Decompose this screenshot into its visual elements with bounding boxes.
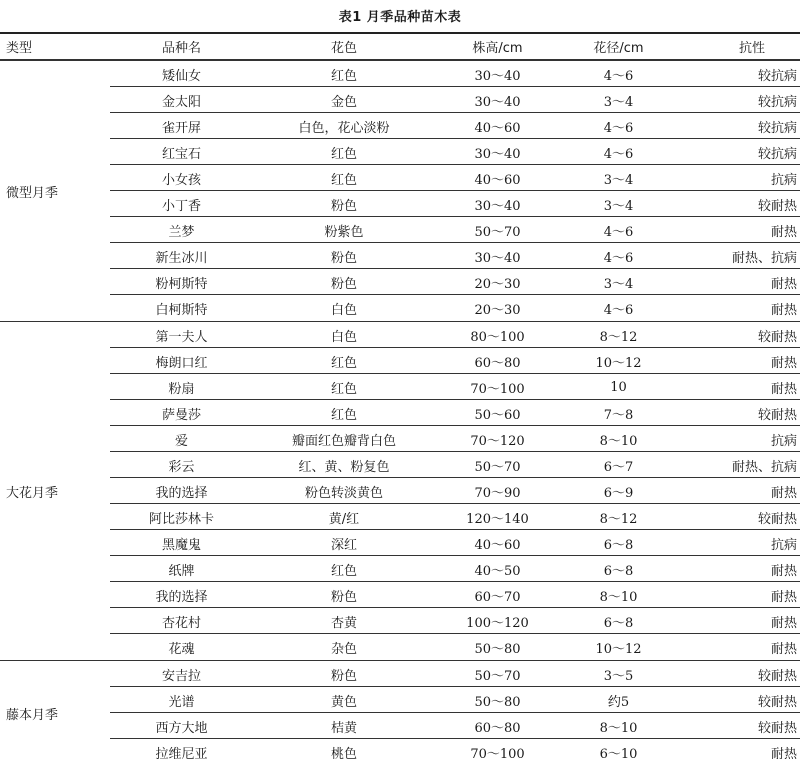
name-cell: 矮仙女 xyxy=(110,65,253,84)
diameter-cell: 4～6 xyxy=(560,117,677,136)
diameter-cell: 8～10 xyxy=(560,586,677,605)
diameter-cell: 8～10 xyxy=(560,717,677,736)
resistance-cell: 较抗病 xyxy=(677,117,800,136)
resistance-cell: 较耐热 xyxy=(677,665,800,684)
table-row: 第一夫人白色80～1008～12较耐热 xyxy=(0,322,800,348)
resistance-cell: 较抗病 xyxy=(677,91,800,110)
resistance-cell: 较耐热 xyxy=(677,195,800,214)
height-cell: 40～60 xyxy=(435,169,560,188)
resistance-cell: 耐热 xyxy=(677,586,800,605)
table-row: 小女孩红色40～603～4抗病 xyxy=(0,165,800,191)
height-cell: 60～70 xyxy=(435,586,560,605)
resistance-cell: 耐热 xyxy=(677,612,800,631)
height-cell: 100～120 xyxy=(435,612,560,631)
name-cell: 我的选择 xyxy=(110,586,253,605)
table-row: 杏花村杏黄100～1206～8耐热 xyxy=(0,608,800,634)
resistance-cell: 耐热 xyxy=(677,299,800,318)
table-row: 雀开屏白色，花心淡粉40～604～6较抗病 xyxy=(0,113,800,139)
name-cell: 第一夫人 xyxy=(110,326,253,345)
color-cell: 深红 xyxy=(253,534,435,553)
table-row: 爱瓣面红色瓣背白色70～1208～10抗病 xyxy=(0,426,800,452)
diameter-cell: 3～4 xyxy=(560,195,677,214)
resistance-cell: 较耐热 xyxy=(677,691,800,710)
name-cell: 安吉拉 xyxy=(110,665,253,684)
diameter-cell: 6～9 xyxy=(560,482,677,501)
diameter-cell: 3～4 xyxy=(560,169,677,188)
name-cell: 拉维尼亚 xyxy=(110,743,253,759)
color-cell: 桃色 xyxy=(253,743,435,759)
table-group: 微型月季矮仙女红色30～404～6较抗病金太阳金色30～403～4较抗病雀开屏白… xyxy=(0,61,800,322)
diameter-cell: 10～12 xyxy=(560,638,677,657)
diameter-cell: 8～12 xyxy=(560,508,677,527)
name-cell: 纸牌 xyxy=(110,560,253,579)
resistance-cell: 耐热 xyxy=(677,221,800,240)
name-cell: 粉扇 xyxy=(110,378,253,397)
diameter-cell: 8～10 xyxy=(560,430,677,449)
table-row: 红宝石红色30～404～6较抗病 xyxy=(0,139,800,165)
resistance-cell: 较耐热 xyxy=(677,508,800,527)
table-row: 粉扇红色70～10010耐热 xyxy=(0,374,800,400)
color-cell: 粉紫色 xyxy=(253,221,435,240)
resistance-cell: 较耐热 xyxy=(677,717,800,736)
header-name: 品种名 xyxy=(110,37,253,56)
color-cell: 白色 xyxy=(253,299,435,318)
color-cell: 红色 xyxy=(253,378,435,397)
table-caption: 表1 月季品种苗木表 xyxy=(0,6,800,25)
diameter-cell: 3～4 xyxy=(560,273,677,292)
height-cell: 70～100 xyxy=(435,743,560,759)
diameter-cell: 10～12 xyxy=(560,352,677,371)
height-cell: 20～30 xyxy=(435,273,560,292)
resistance-cell: 耐热 xyxy=(677,378,800,397)
height-cell: 50～70 xyxy=(435,221,560,240)
resistance-cell: 抗病 xyxy=(677,169,800,188)
color-cell: 红色 xyxy=(253,143,435,162)
color-cell: 瓣面红色瓣背白色 xyxy=(253,430,435,449)
height-cell: 30～40 xyxy=(435,143,560,162)
height-cell: 50～80 xyxy=(435,691,560,710)
table-row: 萨曼莎红色50～607～8较耐热 xyxy=(0,400,800,426)
height-cell: 40～60 xyxy=(435,534,560,553)
table-row: 黑魔鬼深红40～606～8抗病 xyxy=(0,530,800,556)
name-cell: 阿比莎林卡 xyxy=(110,508,253,527)
color-cell: 白色 xyxy=(253,326,435,345)
diameter-cell: 6～8 xyxy=(560,534,677,553)
header-height: 株高/cm xyxy=(435,37,560,56)
height-cell: 50～70 xyxy=(435,456,560,475)
color-cell: 桔黄 xyxy=(253,717,435,736)
table-group: 藤本月季安吉拉粉色50～703～5较耐热光谱黄色50～80约5较耐热西方大地桔黄… xyxy=(0,661,800,759)
resistance-cell: 抗病 xyxy=(677,430,800,449)
name-cell: 光谱 xyxy=(110,691,253,710)
table-row: 彩云红、黄、粉复色50～706～7耐热、抗病 xyxy=(0,452,800,478)
diameter-cell: 6～7 xyxy=(560,456,677,475)
diameter-cell: 10 xyxy=(560,380,677,395)
color-cell: 粉色 xyxy=(253,665,435,684)
color-cell: 红色 xyxy=(253,560,435,579)
name-cell: 雀开屏 xyxy=(110,117,253,136)
diameter-cell: 4～6 xyxy=(560,299,677,318)
table-row: 阿比莎林卡黄/红120～1408～12较耐热 xyxy=(0,504,800,530)
rose-varieties-table: 类型 品种名 花色 株高/cm 花径/cm 抗性 微型月季矮仙女红色30～404… xyxy=(0,32,800,759)
color-cell: 红、黄、粉复色 xyxy=(253,456,435,475)
color-cell: 粉色转淡黄色 xyxy=(253,482,435,501)
diameter-cell: 6～10 xyxy=(560,743,677,759)
height-cell: 40～60 xyxy=(435,117,560,136)
height-cell: 120～140 xyxy=(435,508,560,527)
name-cell: 红宝石 xyxy=(110,143,253,162)
diameter-cell: 约5 xyxy=(560,691,677,710)
resistance-cell: 耐热 xyxy=(677,743,800,759)
table-body: 微型月季矮仙女红色30～404～6较抗病金太阳金色30～403～4较抗病雀开屏白… xyxy=(0,61,800,759)
height-cell: 30～40 xyxy=(435,91,560,110)
resistance-cell: 耐热、抗病 xyxy=(677,456,800,475)
resistance-cell: 较抗病 xyxy=(677,143,800,162)
diameter-cell: 8～12 xyxy=(560,326,677,345)
height-cell: 50～80 xyxy=(435,638,560,657)
resistance-cell: 耐热 xyxy=(677,638,800,657)
table-group: 大花月季第一夫人白色80～1008～12较耐热梅朗口红红色60～8010～12耐… xyxy=(0,322,800,661)
header-type: 类型 xyxy=(0,37,110,56)
resistance-cell: 较抗病 xyxy=(677,65,800,84)
color-cell: 黄色 xyxy=(253,691,435,710)
table-row: 金太阳金色30～403～4较抗病 xyxy=(0,87,800,113)
color-cell: 粉色 xyxy=(253,586,435,605)
name-cell: 小丁香 xyxy=(110,195,253,214)
table-row: 拉维尼亚桃色70～1006～10耐热 xyxy=(0,739,800,759)
height-cell: 50～60 xyxy=(435,404,560,423)
name-cell: 新生冰川 xyxy=(110,247,253,266)
height-cell: 40～50 xyxy=(435,560,560,579)
name-cell: 爱 xyxy=(110,430,253,449)
table-header-row: 类型 品种名 花色 株高/cm 花径/cm 抗性 xyxy=(0,34,800,61)
table-row: 花魂杂色50～8010～12耐热 xyxy=(0,634,800,660)
name-cell: 西方大地 xyxy=(110,717,253,736)
name-cell: 粉柯斯特 xyxy=(110,273,253,292)
header-diameter: 花径/cm xyxy=(560,37,677,56)
name-cell: 兰梦 xyxy=(110,221,253,240)
name-cell: 我的选择 xyxy=(110,482,253,501)
table-row: 矮仙女红色30～404～6较抗病 xyxy=(0,61,800,87)
diameter-cell: 6～8 xyxy=(560,612,677,631)
diameter-cell: 4～6 xyxy=(560,221,677,240)
name-cell: 杏花村 xyxy=(110,612,253,631)
color-cell: 红色 xyxy=(253,404,435,423)
color-cell: 金色 xyxy=(253,91,435,110)
table-row: 安吉拉粉色50～703～5较耐热 xyxy=(0,661,800,687)
color-cell: 粉色 xyxy=(253,195,435,214)
height-cell: 30～40 xyxy=(435,247,560,266)
diameter-cell: 3～4 xyxy=(560,91,677,110)
resistance-cell: 耐热、抗病 xyxy=(677,247,800,266)
height-cell: 30～40 xyxy=(435,65,560,84)
height-cell: 30～40 xyxy=(435,195,560,214)
height-cell: 70～90 xyxy=(435,482,560,501)
height-cell: 80～100 xyxy=(435,326,560,345)
name-cell: 彩云 xyxy=(110,456,253,475)
table-row: 兰梦粉紫色50～704～6耐热 xyxy=(0,217,800,243)
table-row: 我的选择粉色60～708～10耐热 xyxy=(0,582,800,608)
name-cell: 萨曼莎 xyxy=(110,404,253,423)
diameter-cell: 7～8 xyxy=(560,404,677,423)
name-cell: 梅朗口红 xyxy=(110,352,253,371)
height-cell: 20～30 xyxy=(435,299,560,318)
name-cell: 黑魔鬼 xyxy=(110,534,253,553)
table-row: 梅朗口红红色60～8010～12耐热 xyxy=(0,348,800,374)
color-cell: 白色，花心淡粉 xyxy=(253,117,435,136)
header-color: 花色 xyxy=(253,37,435,56)
color-cell: 黄/红 xyxy=(253,508,435,527)
resistance-cell: 较耐热 xyxy=(677,404,800,423)
resistance-cell: 抗病 xyxy=(677,534,800,553)
name-cell: 花魂 xyxy=(110,638,253,657)
resistance-cell: 耐热 xyxy=(677,273,800,292)
diameter-cell: 4～6 xyxy=(560,65,677,84)
table-row: 光谱黄色50～80约5较耐热 xyxy=(0,687,800,713)
color-cell: 粉色 xyxy=(253,273,435,292)
table-row: 我的选择粉色转淡黄色70～906～9耐热 xyxy=(0,478,800,504)
name-cell: 小女孩 xyxy=(110,169,253,188)
color-cell: 杏黄 xyxy=(253,612,435,631)
height-cell: 50～70 xyxy=(435,665,560,684)
diameter-cell: 4～6 xyxy=(560,247,677,266)
height-cell: 60～80 xyxy=(435,717,560,736)
resistance-cell: 耐热 xyxy=(677,482,800,501)
color-cell: 红色 xyxy=(253,352,435,371)
color-cell: 粉色 xyxy=(253,247,435,266)
table-row: 纸牌红色40～506～8耐热 xyxy=(0,556,800,582)
diameter-cell: 4～6 xyxy=(560,143,677,162)
table-row: 西方大地桔黄60～808～10较耐热 xyxy=(0,713,800,739)
name-cell: 白柯斯特 xyxy=(110,299,253,318)
height-cell: 60～80 xyxy=(435,352,560,371)
table-row: 粉柯斯特粉色20～303～4耐热 xyxy=(0,269,800,295)
resistance-cell: 耐热 xyxy=(677,560,800,579)
diameter-cell: 3～5 xyxy=(560,665,677,684)
height-cell: 70～120 xyxy=(435,430,560,449)
table-row: 小丁香粉色30～403～4较耐热 xyxy=(0,191,800,217)
table-row: 白柯斯特白色20～304～6耐热 xyxy=(0,295,800,321)
name-cell: 金太阳 xyxy=(110,91,253,110)
height-cell: 70～100 xyxy=(435,378,560,397)
header-resistance: 抗性 xyxy=(677,37,800,56)
color-cell: 红色 xyxy=(253,65,435,84)
diameter-cell: 6～8 xyxy=(560,560,677,579)
table-row: 新生冰川粉色30～404～6耐热、抗病 xyxy=(0,243,800,269)
resistance-cell: 较耐热 xyxy=(677,326,800,345)
resistance-cell: 耐热 xyxy=(677,352,800,371)
color-cell: 红色 xyxy=(253,169,435,188)
color-cell: 杂色 xyxy=(253,638,435,657)
